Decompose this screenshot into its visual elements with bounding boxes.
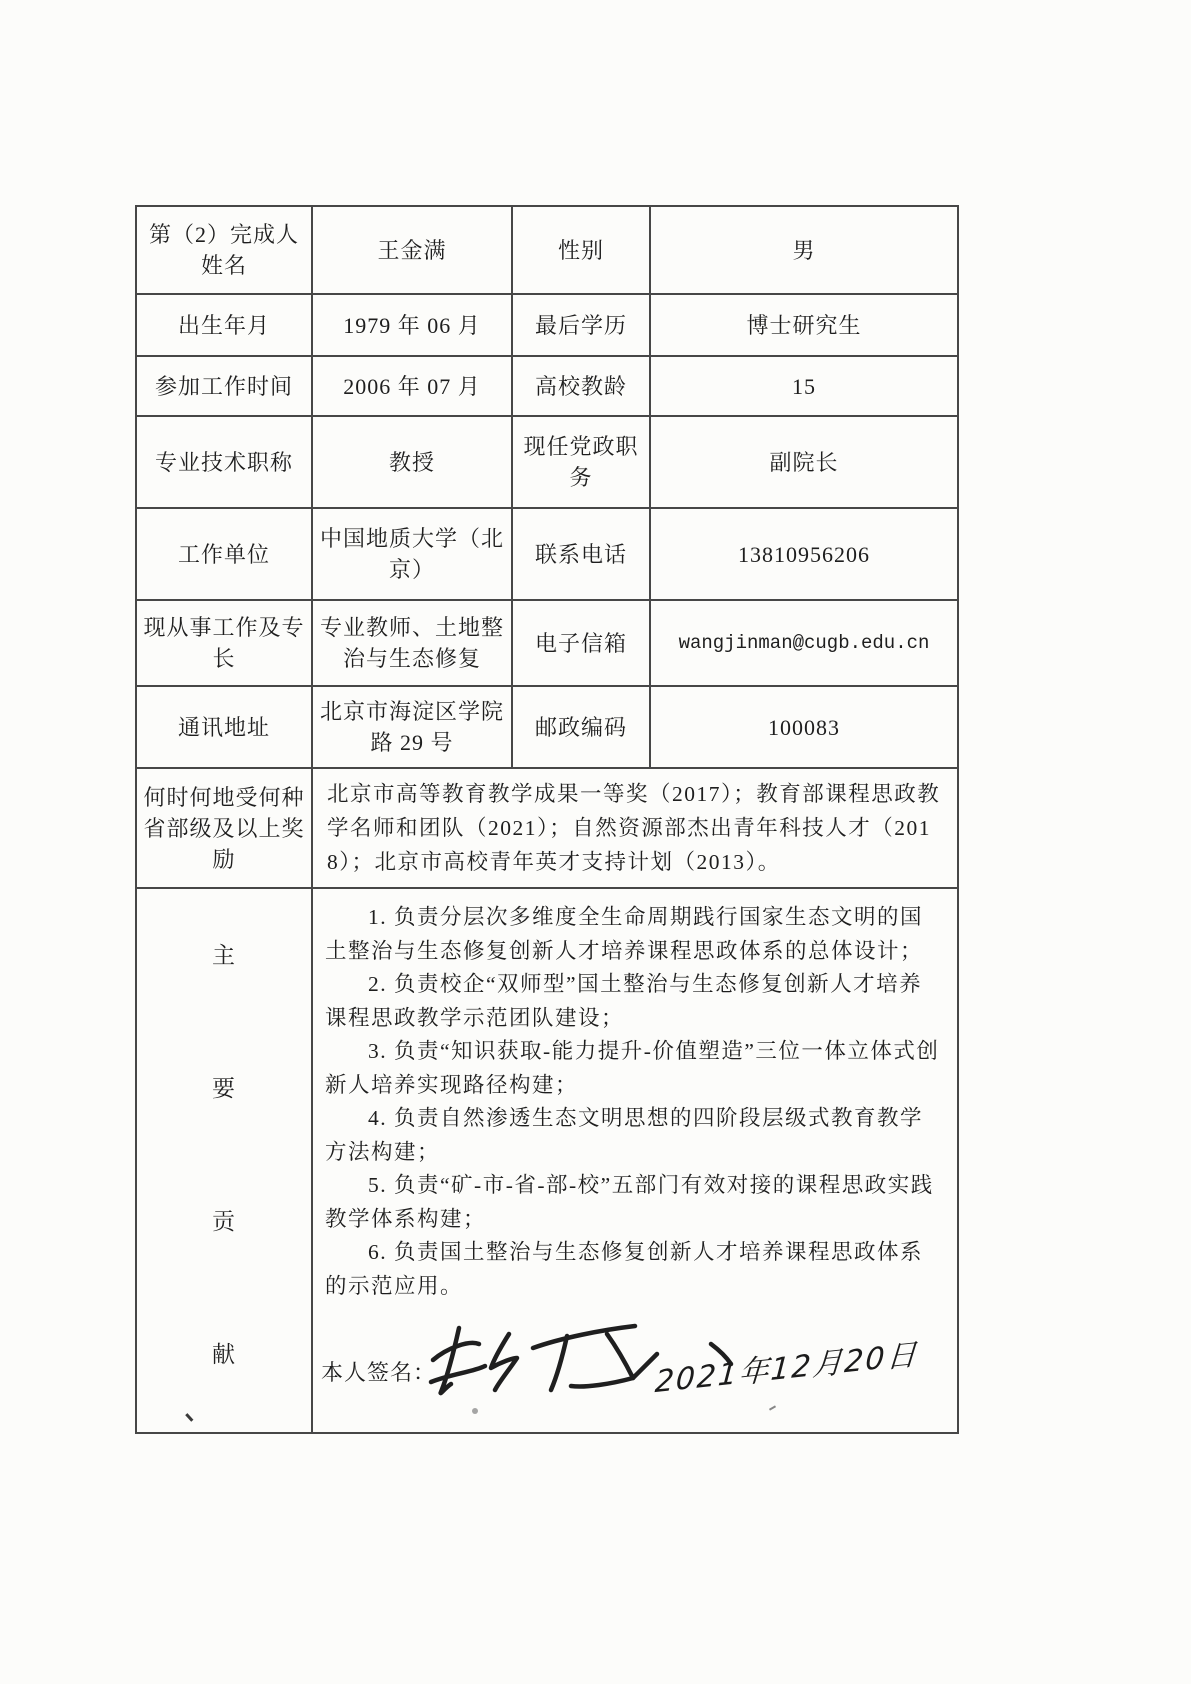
field-label: 邮政编码 <box>512 686 650 768</box>
table-row: 通讯地址 北京市海淀区学院路 29 号 邮政编码 100083 <box>136 686 958 768</box>
vertical-label-char: 主 <box>212 940 236 971</box>
awards-text: 北京市高等教育教学成果一等奖（2017）；教育部课程思政教学名师和团队（2021… <box>312 768 958 888</box>
field-value: 2006 年 07 月 <box>312 356 512 416</box>
table-row: 专业技术职称 教授 现任党政职务 副院长 <box>136 416 958 508</box>
scan-speckle <box>472 1408 478 1414</box>
contribution-item: 4. 负责自然渗透生态文明思想的四阶段层级式教育教学方法构建； <box>325 1102 945 1169</box>
contribution-item: 2. 负责校企“双师型”国土整治与生态修复创新人才培养课程思政教学示范团队建设； <box>325 968 945 1035</box>
field-value: 博士研究生 <box>650 294 958 356</box>
contributions-row: 主 要 贡 献 1. 负责分层次多维度全生命周期践行国家生态文明的国土整治与生态… <box>136 888 958 1433</box>
contributions-list: 1. 负责分层次多维度全生命周期践行国家生态文明的国土整治与生态修复创新人才培养… <box>325 901 945 1303</box>
contribution-item: 5. 负责“矿-市-省-部-校”五部门有效对接的课程思政实践教学体系构建； <box>325 1169 945 1236</box>
field-label: 最后学历 <box>512 294 650 356</box>
field-label: 性别 <box>512 206 650 294</box>
table-row: 现从事工作及专长 专业教师、土地整治与生态修复 电子信箱 wangjinman@… <box>136 600 958 686</box>
contributions-cell: 1. 负责分层次多维度全生命周期践行国家生态文明的国土整治与生态修复创新人才培养… <box>312 888 958 1433</box>
field-label: 高校教龄 <box>512 356 650 416</box>
field-label: 第（2）完成人姓名 <box>136 206 312 294</box>
field-label: 参加工作时间 <box>136 356 312 416</box>
field-value: 教授 <box>312 416 512 508</box>
field-value: 王金满 <box>312 206 512 294</box>
field-value: 13810956206 <box>650 508 958 600</box>
vertical-label: 主 要 贡 献 <box>143 940 305 1370</box>
awards-row: 何时何地受何种省部级及以上奖励 北京市高等教育教学成果一等奖（2017）；教育部… <box>136 768 958 888</box>
field-label: 工作单位 <box>136 508 312 600</box>
field-label: 出生年月 <box>136 294 312 356</box>
table-row: 第（2）完成人姓名 王金满 性别 男 <box>136 206 958 294</box>
field-value: 15 <box>650 356 958 416</box>
vertical-label-char: 要 <box>212 1073 236 1104</box>
field-label: 专业技术职称 <box>136 416 312 508</box>
field-value: 北京市海淀区学院路 29 号 <box>312 686 512 768</box>
vertical-label-char: 贡 <box>212 1206 236 1237</box>
personnel-info-table: 第（2）完成人姓名 王金满 性别 男 出生年月 1979 年 06 月 最后学历… <box>135 205 959 1434</box>
vertical-label-char: 献 <box>212 1339 236 1370</box>
field-label: 现从事工作及专长 <box>136 600 312 686</box>
awards-label: 何时何地受何种省部级及以上奖励 <box>136 768 312 888</box>
signature-label: 本人签名： <box>321 1357 436 1388</box>
field-label: 电子信箱 <box>512 600 650 686</box>
contributions-label-cell: 主 要 贡 献 <box>136 888 312 1433</box>
table-row: 参加工作时间 2006 年 07 月 高校教龄 15 <box>136 356 958 416</box>
field-value: 专业教师、土地整治与生态修复 <box>312 600 512 686</box>
field-label: 通讯地址 <box>136 686 312 768</box>
field-value: 中国地质大学（北京） <box>312 508 512 600</box>
field-value: 100083 <box>650 686 958 768</box>
field-label: 现任党政职务 <box>512 416 650 508</box>
field-label: 联系电话 <box>512 508 650 600</box>
contribution-item: 1. 负责分层次多维度全生命周期践行国家生态文明的国土整治与生态修复创新人才培养… <box>325 901 945 968</box>
field-value: 男 <box>650 206 958 294</box>
field-value: 1979 年 06 月 <box>312 294 512 356</box>
scanned-page: 第（2）完成人姓名 王金满 性别 男 出生年月 1979 年 06 月 最后学历… <box>0 0 1191 1684</box>
table-row: 工作单位 中国地质大学（北京） 联系电话 13810956206 <box>136 508 958 600</box>
contribution-item: 3. 负责“知识获取-能力提升-价值塑造”三位一体立体式创新人培养实现路径构建； <box>325 1035 945 1102</box>
field-value: 副院长 <box>650 416 958 508</box>
contribution-item: 6. 负责国土整治与生态修复创新人才培养课程思政体系的示范应用。 <box>325 1236 945 1303</box>
field-value-email: wangjinman@cugb.edu.cn <box>650 600 958 686</box>
table-row: 出生年月 1979 年 06 月 最后学历 博士研究生 <box>136 294 958 356</box>
